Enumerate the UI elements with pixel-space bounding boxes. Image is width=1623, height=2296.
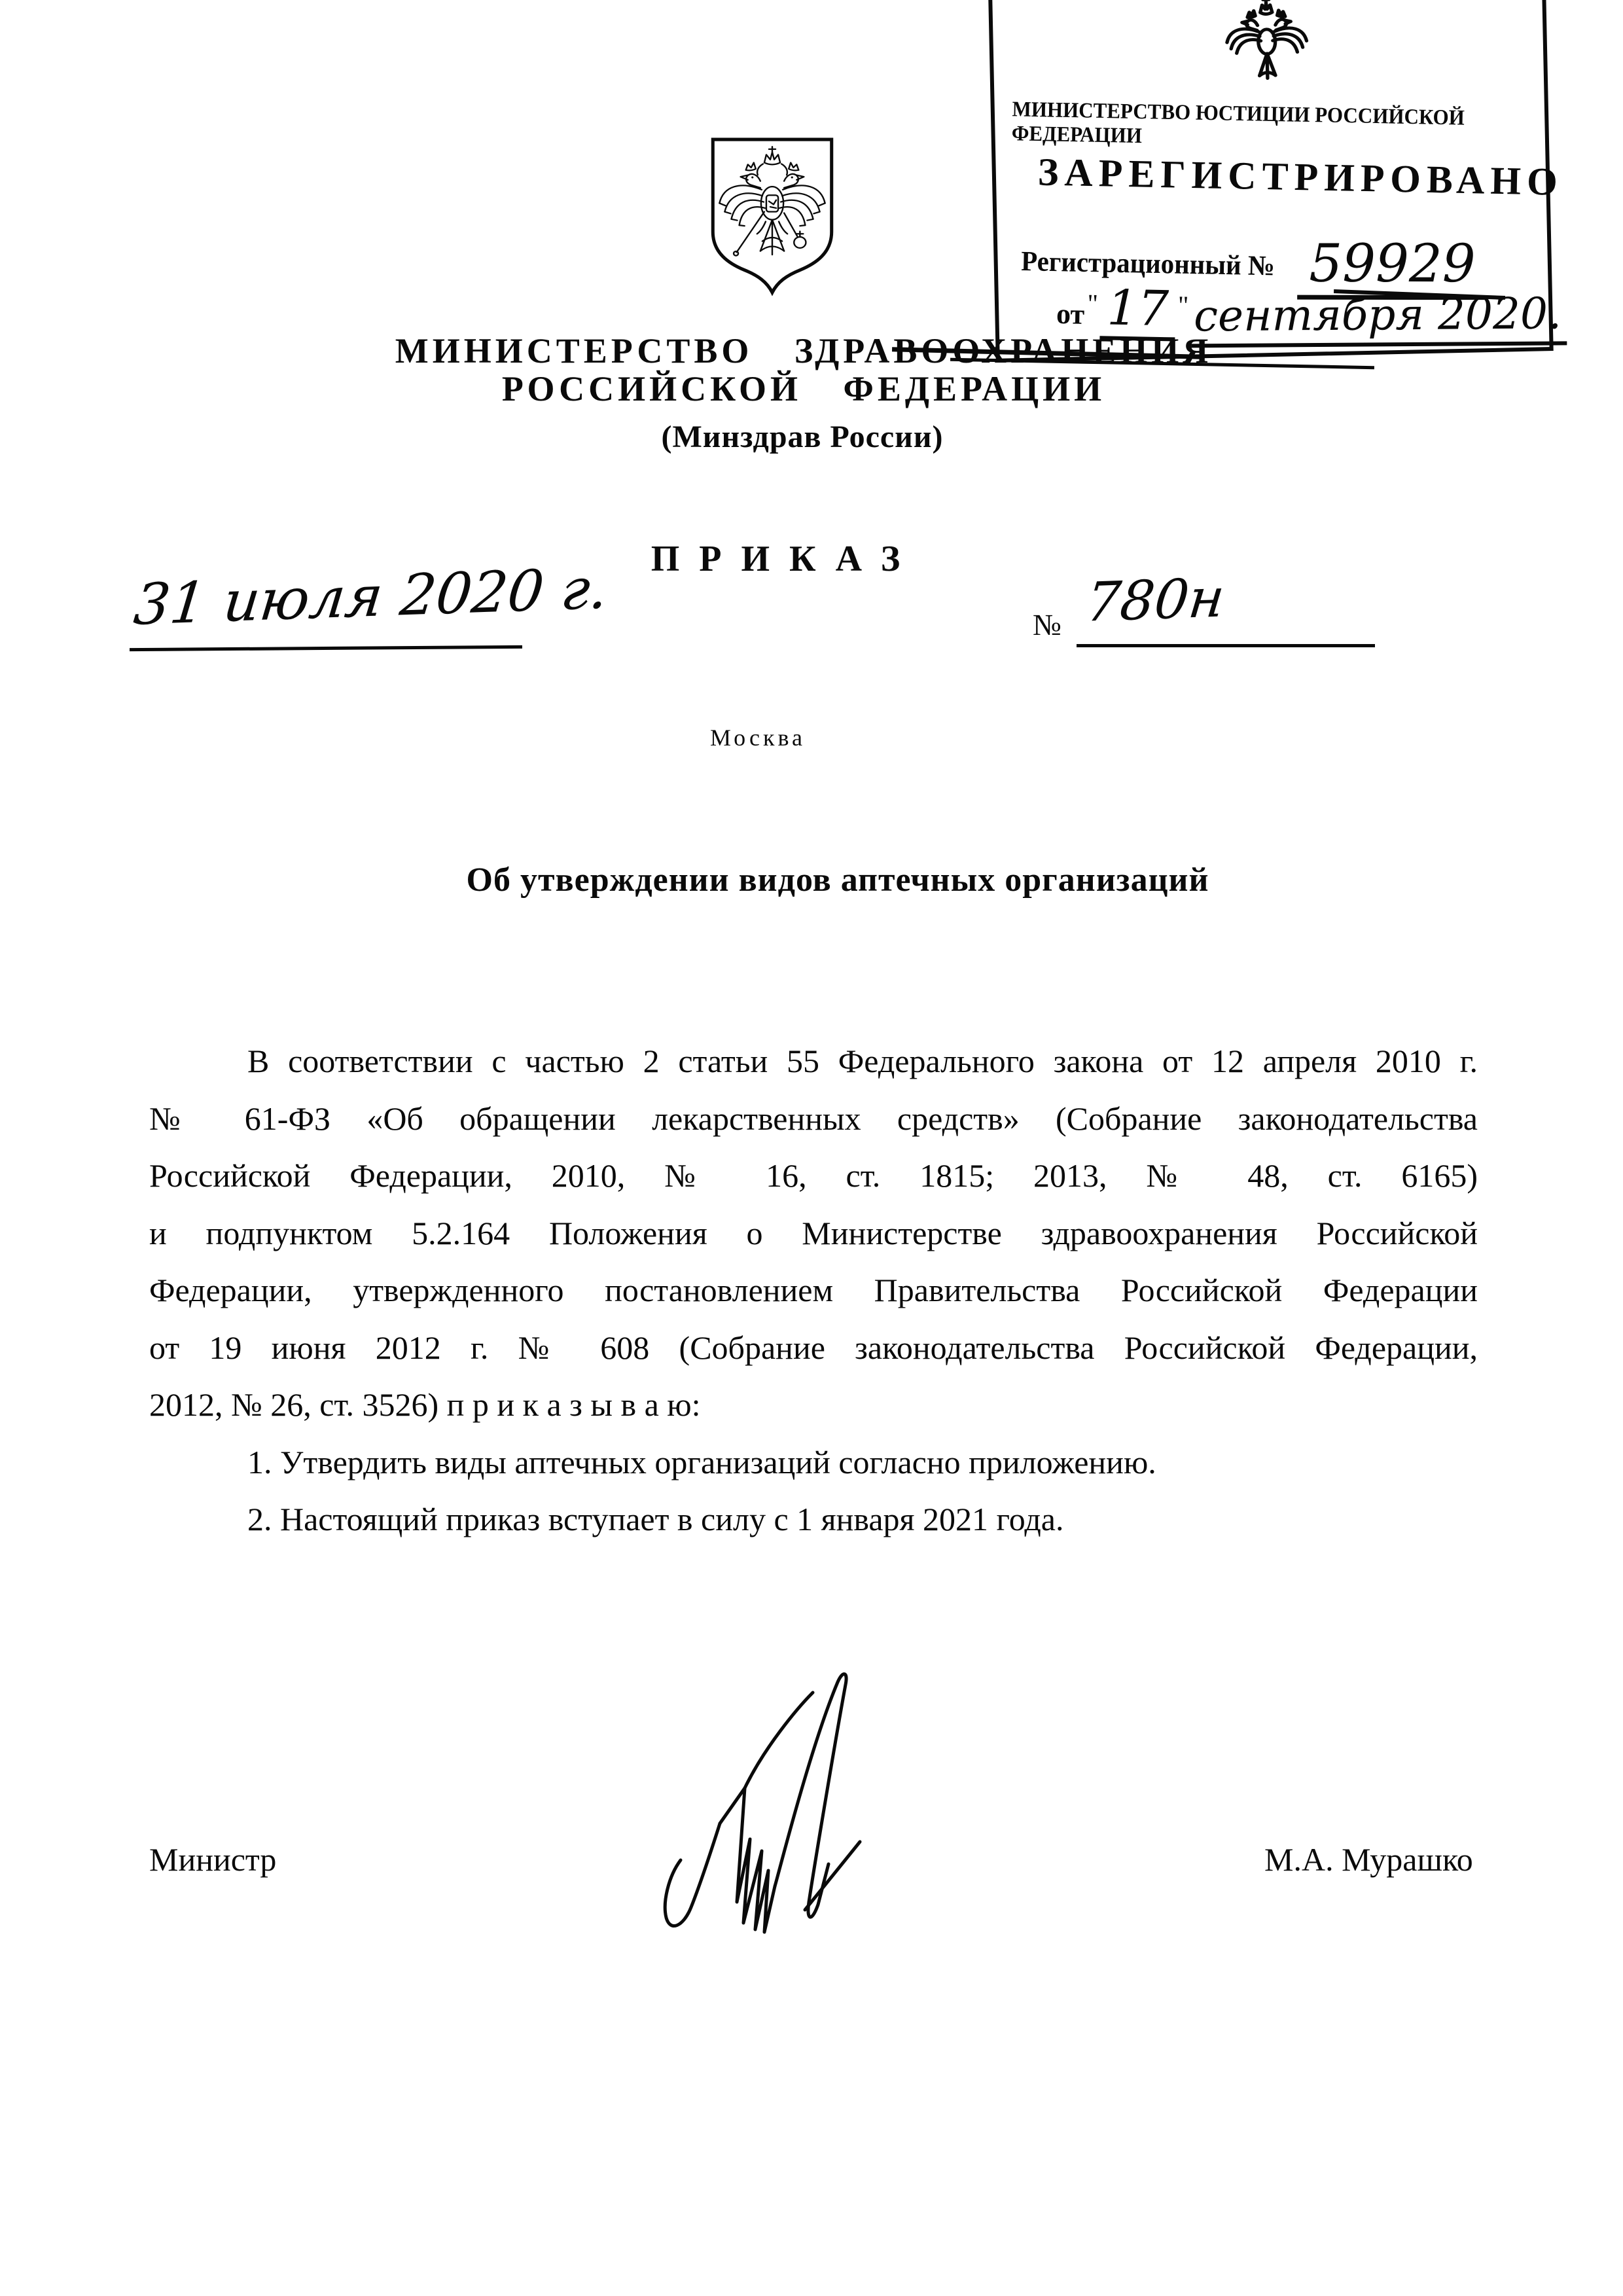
- ministry-name-line2: РОССИЙСКОЙ ФЕДЕРАЦИИ: [0, 368, 1615, 409]
- stamp-date-close-quote: ": [1178, 290, 1189, 319]
- body-line: № 61-ФЗ «Об обращении лекарственных сред…: [149, 1090, 1478, 1148]
- document-page: МИНИСТЕРСТВО ЮСТИЦИИ РОССИЙСКОЙ ФЕДЕРАЦИ…: [0, 0, 1623, 2296]
- handwritten-signature-icon: [640, 1643, 878, 1964]
- stamp-regnumber-label: Регистрационный №: [1021, 245, 1275, 282]
- stamp-date-prefix: от: [1056, 298, 1085, 331]
- ministry-name-line1: МИНИСТЕРСТВО ЗДРАВООХРАНЕНИЯ: [0, 331, 1615, 371]
- stamp-registered-label: ЗАРЕГИСТРИРОВАНО: [1037, 149, 1563, 204]
- ministry-short-name: (Минздрав России): [0, 419, 1614, 455]
- body-line: 2012, № 26, ст. 3526) п р и к а з ы в а …: [149, 1376, 1478, 1434]
- body-line: Российской Федерации, 2010, № 16, ст. 18…: [149, 1147, 1478, 1205]
- number-underline: [1077, 644, 1375, 647]
- body-line: от 19 июня 2012 г. № 608 (Собрание закон…: [149, 1319, 1478, 1377]
- order-number-label: №: [1033, 607, 1061, 642]
- order-number-handwritten: 780н: [1083, 567, 1227, 634]
- registration-stamp: МИНИСТЕРСТВО ЮСТИЦИИ РОССИЙСКОЙ ФЕДЕРАЦИ…: [988, 0, 1554, 363]
- body-item-1: 1. Утвердить виды аптечных организаций с…: [149, 1434, 1478, 1492]
- body-text: В соответствии с частью 2 статьи 55 Феде…: [149, 1033, 1478, 1549]
- body-line: В соответствии с частью 2 статьи 55 Феде…: [149, 1033, 1478, 1090]
- stamp-ministry-line: МИНИСТЕРСТВО ЮСТИЦИИ РОССИЙСКОЙ ФЕДЕРАЦИ…: [1011, 98, 1498, 155]
- body-line: Федерации, утвержденного постановлением …: [149, 1262, 1478, 1319]
- date-underline: [130, 645, 522, 651]
- document-title: Об утверждении видов аптечных организаци…: [26, 861, 1623, 899]
- stamp-date-open-quote: ": [1087, 289, 1098, 318]
- stamp-eagle-icon: [1209, 0, 1324, 91]
- body-line: и подпунктом 5.2.164 Положения о Министе…: [149, 1205, 1478, 1263]
- signer-position-label: Министр: [149, 1840, 276, 1878]
- body-item-2: 2. Настоящий приказ вступает в силу с 1 …: [149, 1491, 1478, 1549]
- city-label: Москва: [0, 724, 1569, 751]
- signer-name: М.А. Мурашко: [1264, 1840, 1473, 1878]
- coat-of-arms-emblem-icon: [705, 134, 839, 299]
